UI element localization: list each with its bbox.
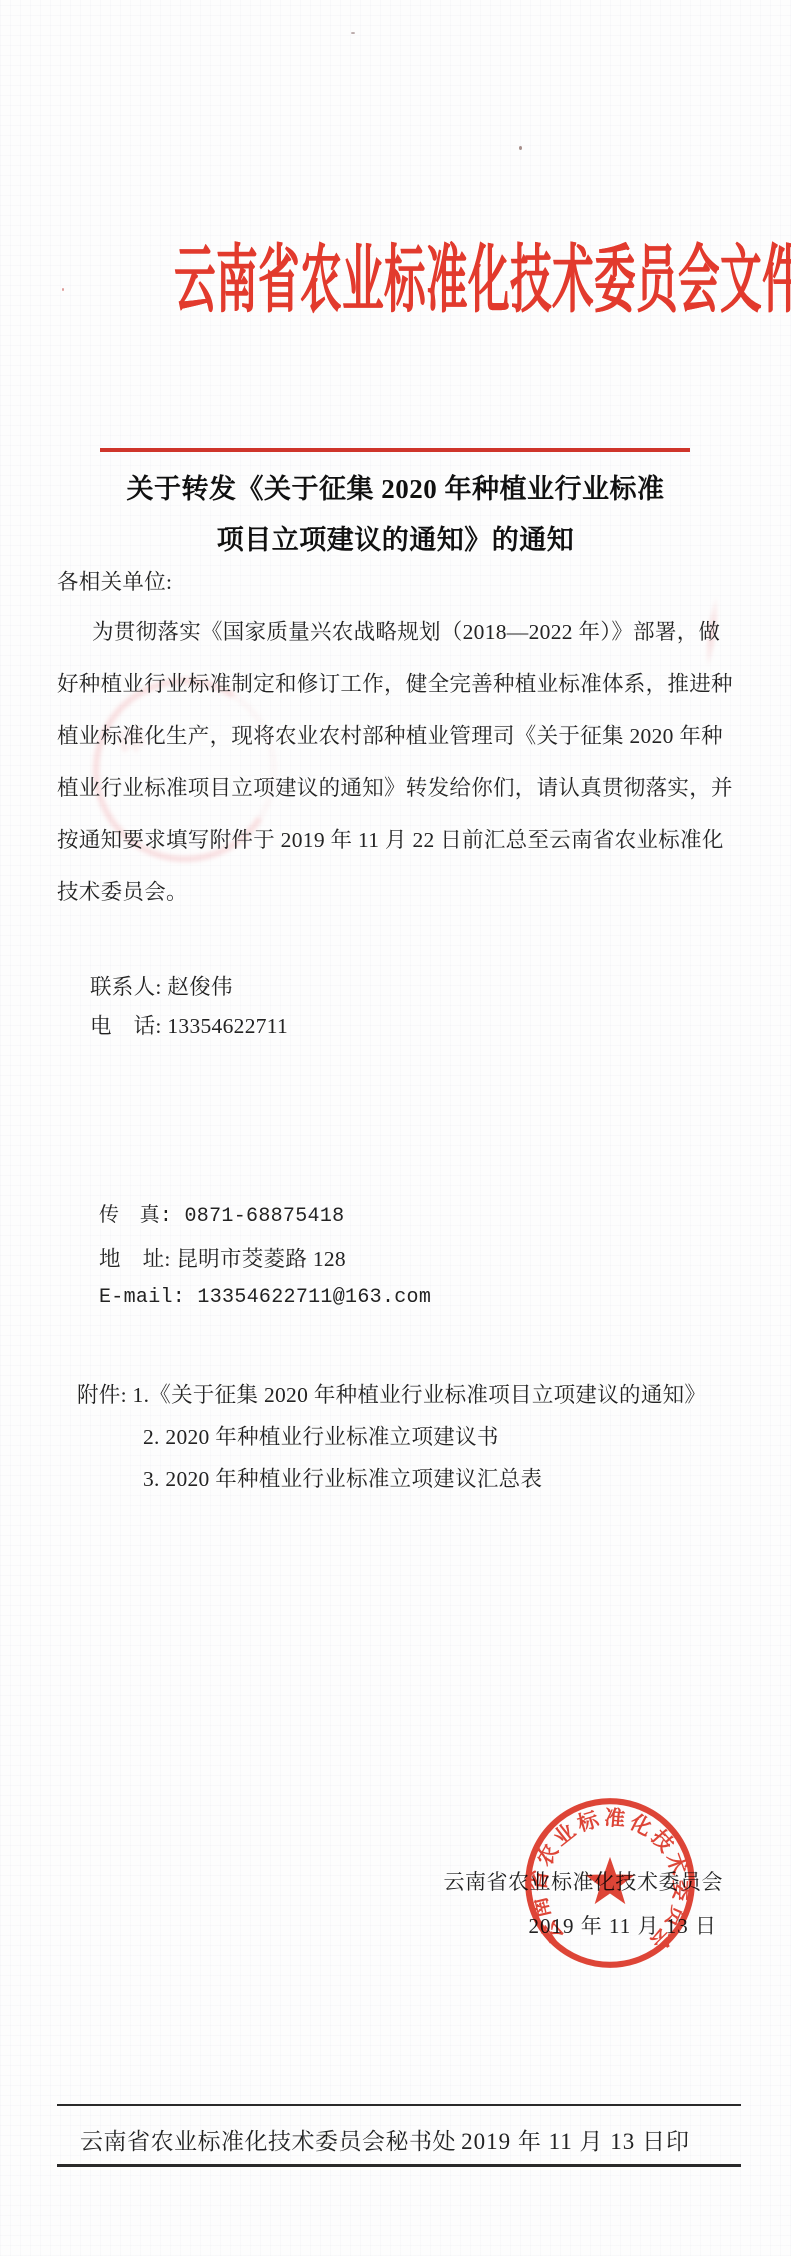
contact-address: 地 址: 昆明市茭菱路 128 [99, 1249, 346, 1271]
body-line: 技术委员会。 [57, 882, 188, 904]
ink-speck [351, 32, 355, 34]
contact-fax: 传 真: 0871-68875418 [99, 1207, 344, 1227]
letterhead-title: 云南省农业标准化技术委员会文件 [174, 243, 617, 321]
footer-issuer: 云南省农业标准化技术委员会秘书处 [80, 2130, 456, 2153]
attachment-item: 附件: 1.《关于征集 2020 年种植业行业标准项目立项建议的通知》 [77, 1385, 706, 1407]
scanned-official-document: 印 云南省农业标准化技术委员会文件 关于转发《关于征集 2020 年种植业行业标… [0, 0, 791, 2256]
body-line: 植业标准化生产，现将农业农村部种植业管理司《关于征集 2020 年种 [57, 726, 723, 748]
ink-speck [519, 146, 522, 150]
document-title-line2: 项目立项建议的通知》的通知 [0, 515, 791, 566]
body-line: 好种植业行业标准制定和修订工作，健全完善种植业标准体系，推进种 [57, 674, 733, 696]
footer-rule-bottom [57, 2164, 741, 2167]
document-title: 关于转发《关于征集 2020 年种植业行业标准 项目立项建议的通知》的通知 [0, 464, 791, 566]
seal-star-icon [585, 1857, 635, 1904]
body-line: 植业行业标准项目立项建议的通知》转发给你们，请认真贯彻落实，并 [57, 778, 733, 800]
seal-graphic: 云南省农业标准化技术委员会 [523, 1796, 697, 1970]
attachment-item: 2. 2020 年种植业行业标准立项建议书 [143, 1427, 499, 1449]
body-line: 按通知要求填写附件于 2019 年 11 月 22 日前汇总至云南省农业标准化 [57, 830, 724, 852]
attachment-item: 3. 2020 年种植业行业标准立项建议汇总表 [143, 1469, 542, 1491]
ink-speck [62, 288, 64, 291]
salutation: 各相关单位: [57, 572, 172, 594]
official-seal: 云南省农业标准化技术委员会 [523, 1796, 697, 1970]
contact-email: E-mail: 13354622711@163.com [99, 1288, 431, 1308]
document-title-line1: 关于转发《关于征集 2020 年种植业行业标准 [0, 464, 791, 515]
contact-phone: 电 话: 13354622711 [90, 1016, 288, 1038]
contact-person: 联系人: 赵俊伟 [90, 977, 233, 999]
body-line: 为贯彻落实《国家质量兴农战略规划（2018—2022 年）》部署，做 [92, 622, 720, 644]
letterhead-rule [100, 448, 690, 452]
footer-print-date: 2019 年 11 月 13 日印 [461, 2130, 690, 2153]
footer-rule-top [57, 2104, 741, 2106]
